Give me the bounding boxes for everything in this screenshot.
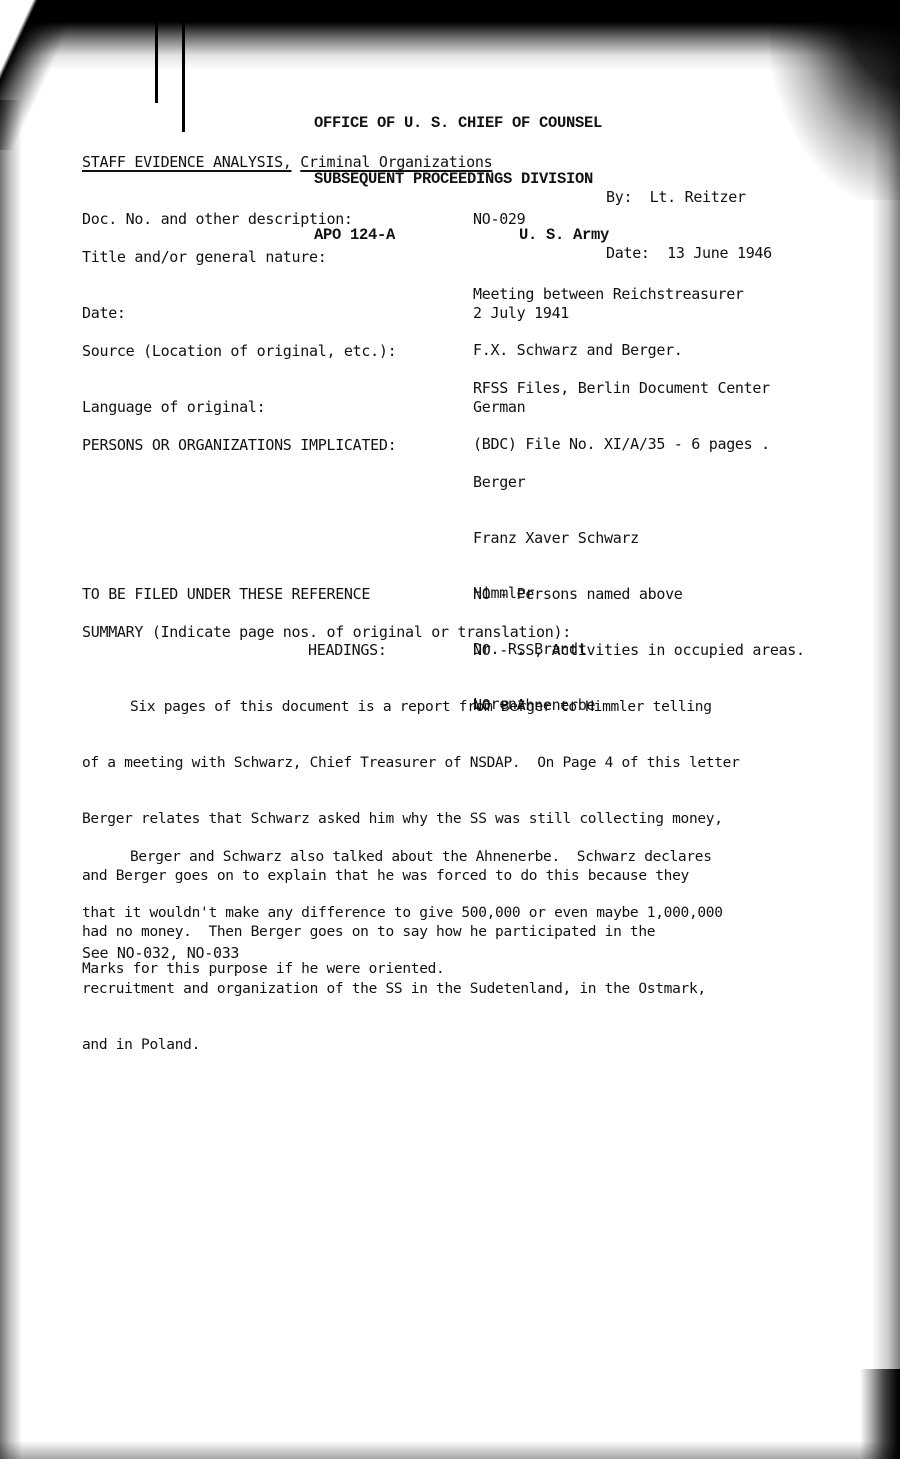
filed-under-label-line: HEADINGS: — [82, 641, 387, 660]
source-label: Source (Location of original, etc.): — [82, 342, 396, 361]
letterhead-office: OFFICE OF U. S. CHIEF OF COUNSEL — [314, 114, 609, 133]
title-nature-label: Title and/or general nature: — [82, 248, 326, 267]
see-also-reference: See NO-032, NO-033 — [82, 944, 239, 963]
letterhead-apo: APO 124-A — [314, 226, 519, 245]
reference-heading: NO - SS, Activities in occupied areas. — [473, 641, 805, 660]
summary-line: Marks for this purpose if he were orient… — [82, 960, 842, 979]
doc-no-value: NO-029 — [473, 210, 525, 229]
source-line: RFSS Files, Berlin Document Center — [473, 379, 770, 398]
summary-line: of a meeting with Schwarz, Chief Treasur… — [82, 754, 842, 773]
doc-no-label: Doc. No. and other description: — [82, 210, 353, 229]
title-nature-line: Meeting between Reichstreasurer — [473, 285, 744, 304]
summary-line: and in Poland. — [82, 1036, 842, 1055]
filed-under-label: TO BE FILED UNDER THESE REFERENCE HEADIN… — [82, 548, 387, 678]
scan-border-right — [872, 40, 900, 1459]
letterhead-army: U. S. Army — [519, 226, 609, 244]
language-value: German — [473, 398, 525, 417]
title-analysis: STAFF EVIDENCE ANALYSIS, — [82, 153, 292, 171]
reference-heading: NO - Persons named above — [473, 585, 805, 604]
persons-label: PERSONS OR ORGANIZATIONS IMPLICATED: — [82, 436, 396, 455]
letterhead-apo-row: APO 124-AU. S. Army — [314, 226, 609, 245]
date-field-value: 2 July 1941 — [473, 304, 569, 323]
byline-author-row: By: Lt. Reitzer — [606, 188, 772, 207]
title-subject: Criminal Organizations — [300, 153, 492, 171]
scan-border-top — [0, 0, 900, 70]
person-item: Franz Xaver Schwarz — [473, 529, 639, 548]
letterhead-division: SUBSEQUENT PROCEEDINGS DIVISION — [314, 170, 609, 189]
summary-line: that it wouldn't make any difference to … — [82, 904, 842, 923]
summary-paragraph-2: Berger and Schwarz also talked about the… — [82, 810, 842, 998]
scan-corner-bottom-right — [860, 1369, 900, 1459]
language-label: Language of original: — [82, 398, 265, 417]
staple-mark — [182, 22, 185, 132]
date-field-label: Date: — [82, 304, 126, 323]
by-label: By: — [606, 188, 632, 206]
scan-border-left — [0, 100, 22, 1459]
author-name: Lt. Reitzer — [650, 188, 746, 206]
document-title: STAFF EVIDENCE ANALYSIS, Criminal Organi… — [82, 153, 492, 172]
summary-heading: SUMMARY (Indicate page nos. of original … — [82, 623, 571, 642]
filed-under-label-line: TO BE FILED UNDER THESE REFERENCE — [82, 585, 387, 604]
staple-mark — [155, 18, 158, 103]
summary-line: Six pages of this document is a report f… — [82, 698, 842, 717]
scan-border-bottom — [0, 1441, 900, 1459]
summary-line: Berger and Schwarz also talked about the… — [82, 848, 842, 867]
person-item: Berger — [473, 473, 639, 492]
